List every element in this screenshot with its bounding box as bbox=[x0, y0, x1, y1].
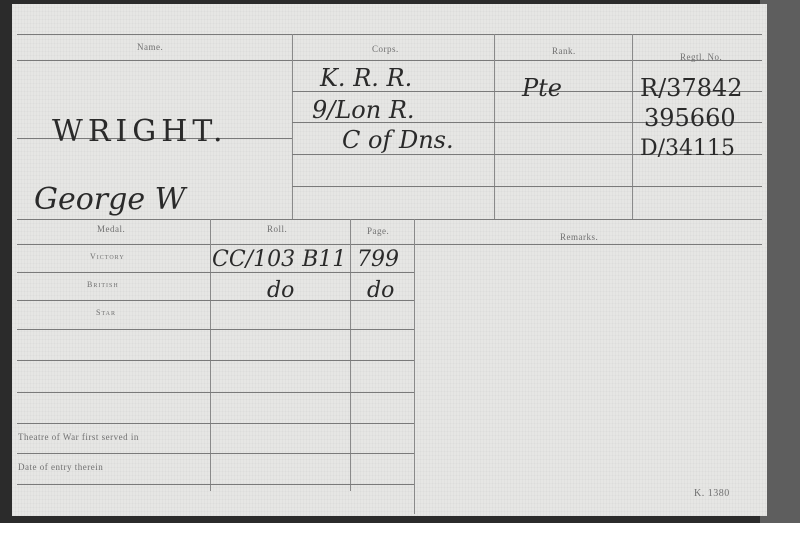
forenames: George W bbox=[34, 182, 185, 217]
rule bbox=[17, 272, 414, 273]
rule bbox=[17, 360, 414, 361]
date-entry-label: Date of entry therein bbox=[18, 462, 103, 472]
rule bbox=[17, 484, 414, 485]
rule bbox=[17, 300, 414, 301]
rule bbox=[17, 244, 762, 245]
divider bbox=[292, 34, 293, 219]
header-medal: Medal. bbox=[97, 224, 125, 234]
page-victory: 799 bbox=[357, 247, 399, 272]
rule bbox=[17, 423, 414, 424]
divider bbox=[210, 219, 211, 491]
regtl-no-3: D/34115 bbox=[640, 136, 735, 161]
theatre-label: Theatre of War first served in bbox=[18, 432, 139, 442]
roll-victory: CC/103 B11 bbox=[212, 247, 346, 272]
form-number: K. 1380 bbox=[694, 488, 730, 499]
divider bbox=[632, 34, 633, 219]
header-remarks: Remarks. bbox=[560, 232, 598, 242]
corps-line-2: 9/Lon R. bbox=[312, 96, 415, 124]
header-rank: Rank. bbox=[552, 46, 576, 56]
divider bbox=[494, 34, 495, 219]
regtl-no-1: R/37842 bbox=[640, 74, 743, 102]
header-corps: Corps. bbox=[372, 44, 399, 54]
corps-line-3: C of Dns. bbox=[342, 126, 454, 154]
rank-value: Pte bbox=[522, 74, 562, 102]
regtl-no-2: 395660 bbox=[644, 104, 736, 132]
divider bbox=[350, 219, 351, 491]
medal-label-victory: Victory bbox=[90, 252, 125, 261]
header-roll: Roll. bbox=[267, 224, 287, 234]
header-name: Name. bbox=[137, 42, 163, 52]
header-page: Page. bbox=[367, 226, 389, 236]
corps-line-1: K. R. R. bbox=[320, 64, 412, 92]
rule bbox=[17, 453, 414, 454]
rule bbox=[17, 34, 762, 35]
divider bbox=[414, 219, 415, 514]
rule bbox=[17, 219, 762, 220]
surname: WRIGHT. bbox=[52, 114, 228, 149]
rule bbox=[292, 186, 762, 187]
page-british: do bbox=[367, 278, 394, 303]
scan-background-bottom bbox=[0, 523, 800, 533]
roll-british: do bbox=[267, 278, 294, 303]
medal-index-card: Name. Corps. Rank. Regtl. No. Medal. Rol… bbox=[12, 4, 767, 516]
rule bbox=[17, 392, 414, 393]
rule bbox=[17, 60, 762, 61]
medal-label-british: British bbox=[87, 280, 119, 289]
medal-label-star: Star bbox=[96, 308, 116, 317]
rule bbox=[17, 329, 414, 330]
header-regtl-no: Regtl. No. bbox=[680, 52, 722, 62]
